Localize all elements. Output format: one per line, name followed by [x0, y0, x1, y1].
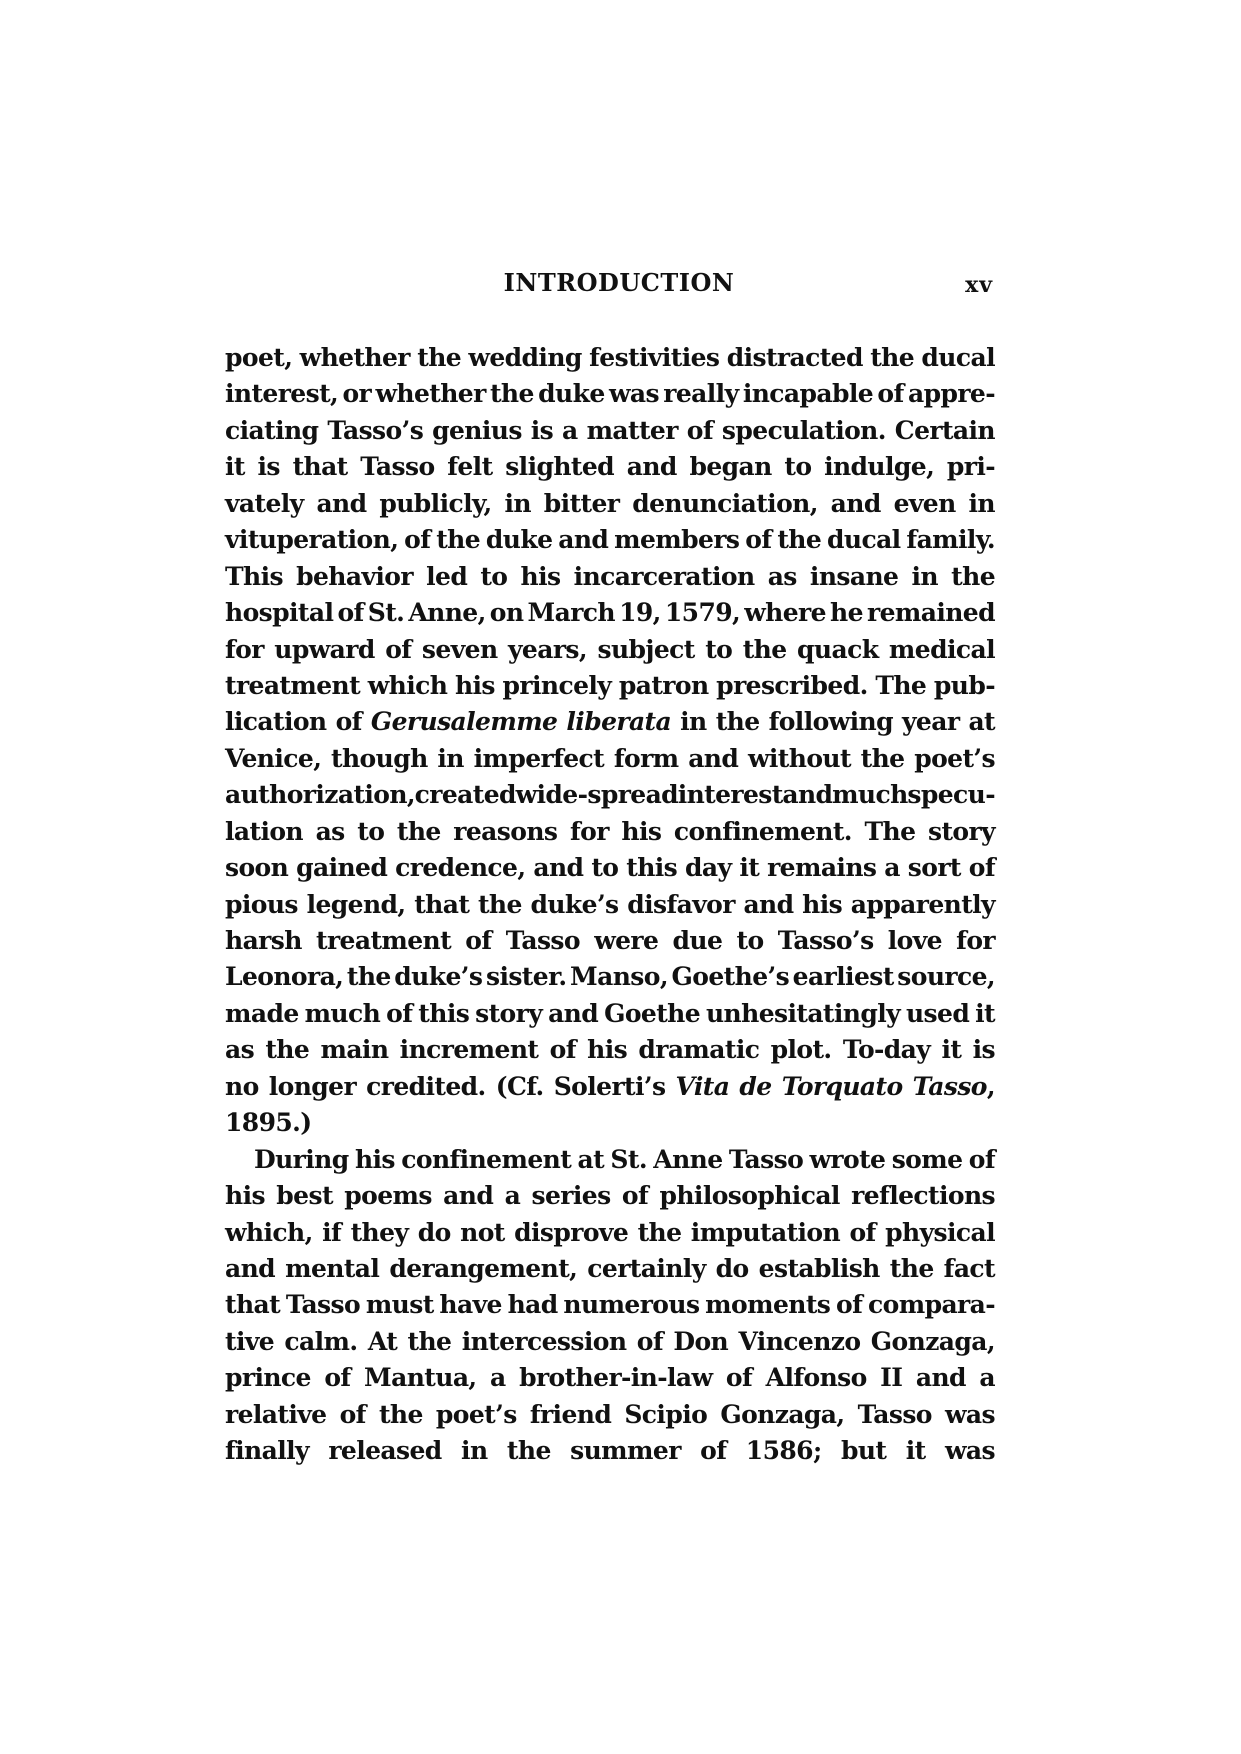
- text-segment: and mental derangement, certainly do est…: [225, 1254, 995, 1283]
- text-line: relative of the poet’s friend Scipio Gon…: [225, 1397, 995, 1433]
- text-line: interest, or whether the duke was really…: [225, 376, 995, 412]
- text-line: that Tasso must have had numerous moment…: [225, 1287, 995, 1323]
- text-segment: no longer credited. (Cf. Solerti’s: [225, 1072, 676, 1101]
- paragraph-first-line: During his confinement at St. Anne Tasso…: [225, 1142, 995, 1178]
- text-line: This behavior led to his incarceration a…: [225, 559, 995, 595]
- text-segment: prince of Mantua, a brother-in-law of Al…: [225, 1363, 995, 1392]
- text-line: as the main increment of his dramatic pl…: [225, 1032, 995, 1068]
- text-segment: This behavior led to his incarceration a…: [225, 562, 995, 591]
- text-segment: harsh treatment of Tasso were due to Tas…: [225, 926, 995, 955]
- text-segment: finally released in the summer of 1586; …: [225, 1436, 995, 1465]
- text-line: lation as to the reasons for his confine…: [225, 814, 995, 850]
- text-line: soon gained credence, and to this day it…: [225, 850, 995, 886]
- text-segment: poet, whether the wedding festivities di…: [225, 343, 995, 372]
- text-segment: made much of this story and Goethe unhes…: [225, 999, 995, 1028]
- text-segment: Venice, though in imperfect form and wit…: [225, 744, 995, 773]
- text-line: made much of this story and Goethe unhes…: [225, 996, 995, 1032]
- text-segment: soon gained credence, and to this day it…: [225, 853, 995, 882]
- text-line: poet, whether the wedding festivities di…: [225, 340, 995, 376]
- running-title: INTRODUCTION: [225, 268, 995, 297]
- text-line: vituperation, of the duke and members of…: [225, 522, 995, 558]
- text-line: 1895.): [225, 1105, 995, 1141]
- text-line: tive calm. At the intercession of Don Vi…: [225, 1324, 995, 1360]
- text-segment: Leonora, the duke’s sister. Manso, Goeth…: [225, 962, 995, 991]
- text-line: for upward of seven years, subject to th…: [225, 632, 995, 668]
- text-segment: ciating Tasso’s genius is a matter of sp…: [225, 416, 995, 445]
- text-segment: 1895.): [225, 1108, 312, 1137]
- italic-title: Gerusalemme liberata: [371, 707, 671, 736]
- text-line: and mental derangement, certainly do est…: [225, 1251, 995, 1287]
- text-segment: which, if they do not disprove the imput…: [225, 1218, 995, 1247]
- text-line: Venice, though in imperfect form and wit…: [225, 741, 995, 777]
- text-line: ciating Tasso’s genius is a matter of sp…: [225, 413, 995, 449]
- text-segment: During his confinement at St. Anne Tasso…: [254, 1145, 995, 1174]
- text-line: treatment which his princely patron pres…: [225, 668, 995, 704]
- text-segment: that Tasso must have had numerous moment…: [225, 1290, 995, 1319]
- text-line: hospital of St. Anne, on March 19, 1579,…: [225, 595, 995, 631]
- text-segment: relative of the poet’s friend Scipio Gon…: [225, 1400, 995, 1429]
- text-segment: treatment which his princely patron pres…: [225, 671, 995, 700]
- text-segment: as the main increment of his dramatic pl…: [225, 1035, 995, 1064]
- text-line: prince of Mantua, a brother-in-law of Al…: [225, 1360, 995, 1396]
- text-line: it is that Tasso felt slighted and began…: [225, 449, 995, 485]
- text-line: his best poems and a series of philosoph…: [225, 1178, 995, 1214]
- book-page: INTRODUCTION xv poet, whether the weddin…: [0, 0, 1241, 1754]
- text-segment: it is that Tasso felt slighted and began…: [225, 452, 995, 481]
- text-segment: tive calm. At the intercession of Don Vi…: [225, 1327, 995, 1356]
- text-segment: his best poems and a series of philosoph…: [225, 1181, 995, 1210]
- text-segment: pious legend, that the duke’s disfavor a…: [225, 890, 995, 919]
- text-segment: hospital of St. Anne, on March 19, 1579,…: [225, 598, 995, 627]
- body-text: poet, whether the wedding festivities di…: [225, 340, 995, 1470]
- text-segment: lation as to the reasons for his confine…: [225, 817, 995, 846]
- text-segment: vituperation, of the duke and members of…: [225, 525, 995, 554]
- text-line: authorization, created wide-spread inter…: [225, 777, 995, 813]
- page-number: xv: [965, 272, 993, 298]
- text-line: vately and publicly, in bitter denunciat…: [225, 486, 995, 522]
- text-line: finally released in the summer of 1586; …: [225, 1433, 995, 1469]
- italic-title: Vita de Torquato Tasso: [676, 1072, 987, 1101]
- text-line: harsh treatment of Tasso were due to Tas…: [225, 923, 995, 959]
- running-head: INTRODUCTION xv: [225, 268, 995, 298]
- text-segment: ,: [987, 1072, 995, 1101]
- text-segment: lication of: [225, 707, 371, 736]
- text-line: no longer credited. (Cf. Solerti’s Vita …: [225, 1069, 995, 1105]
- text-segment: authorization, created wide-spread inter…: [225, 780, 995, 809]
- text-line: pious legend, that the duke’s disfavor a…: [225, 887, 995, 923]
- text-line: which, if they do not disprove the imput…: [225, 1215, 995, 1251]
- text-segment: interest, or whether the duke was really…: [225, 379, 995, 408]
- text-line: lication of Gerusalemme liberata in the …: [225, 704, 995, 740]
- text-line: Leonora, the duke’s sister. Manso, Goeth…: [225, 959, 995, 995]
- text-segment: for upward of seven years, subject to th…: [225, 635, 995, 664]
- text-segment: vately and publicly, in bitter denunciat…: [225, 489, 995, 518]
- text-segment: in the following year at: [671, 707, 995, 736]
